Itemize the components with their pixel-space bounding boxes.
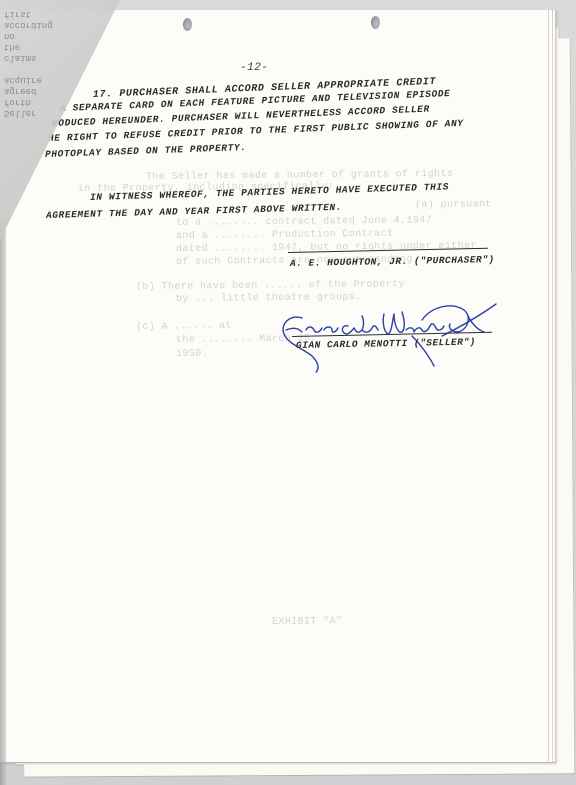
bleed-through-line: (c) A ...... at (136, 321, 232, 333)
page-edge (548, 10, 553, 762)
page-number: -12- (240, 62, 268, 74)
punch-hole-icon (183, 18, 192, 31)
document-scan: The Seller has made a number of grants o… (0, 0, 576, 785)
exhibit-label: EXHIBIT "A" (272, 616, 343, 628)
bleed-through-line: and a ........ Production Contract (176, 229, 394, 242)
punch-hole-icon (371, 16, 380, 29)
binding-shadow (0, 220, 6, 785)
folded-page-text: Seller forth agreed acquire claims the n… (4, 8, 53, 118)
bleed-through-line: (a) pursuant (415, 199, 492, 211)
bleed-through-line: 1950. (176, 349, 208, 360)
